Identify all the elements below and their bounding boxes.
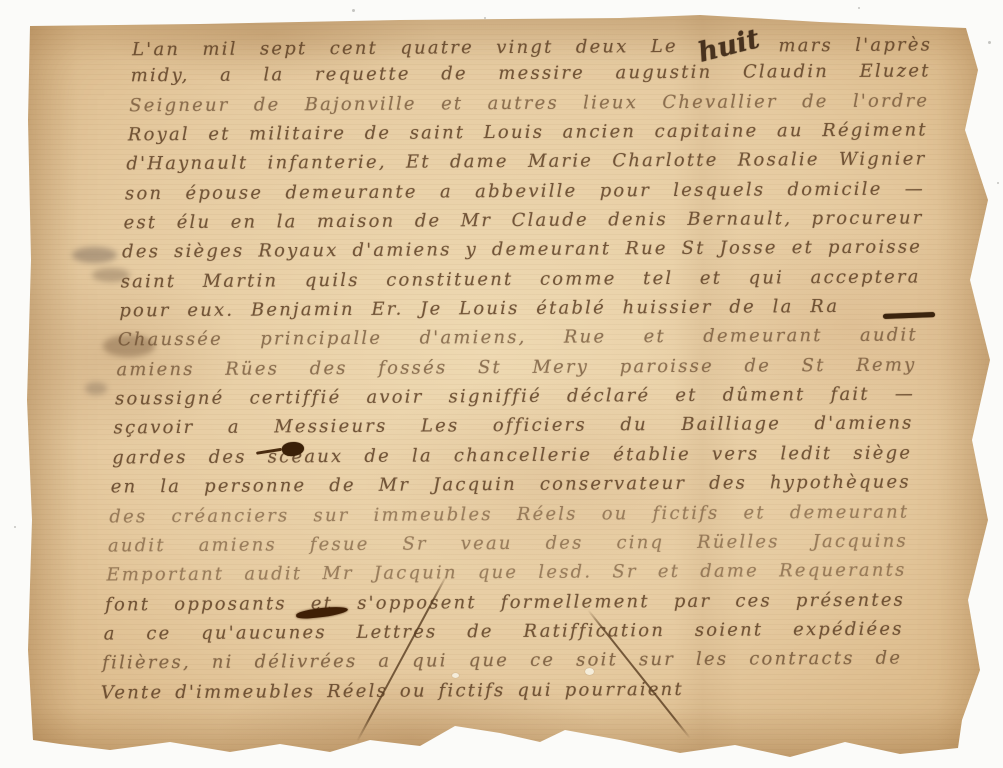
dust-speck xyxy=(14,526,16,528)
text-line: pour eux. Benjamin Er. Je Louis établé h… xyxy=(119,292,839,326)
dust-speck xyxy=(988,41,991,44)
scan-background: L'an mil sept cent quatre vingt deux Le … xyxy=(0,0,1003,768)
paper-fleck xyxy=(585,668,594,675)
text-line: filières, ni délivrées a qui que ce soit… xyxy=(102,644,902,678)
manuscript-paper: L'an mil sept cent quatre vingt deux Le … xyxy=(20,12,995,760)
manuscript-text: L'an mil sept cent quatre vingt deux Le … xyxy=(18,9,997,708)
dust-speck xyxy=(858,7,860,9)
dust-speck xyxy=(997,182,999,184)
dust-speck xyxy=(484,17,486,19)
text-line: Vente d'immeubles Réels ou fictifs qui p… xyxy=(101,675,661,708)
paper-fleck xyxy=(452,673,459,678)
dust-speck xyxy=(352,9,355,12)
